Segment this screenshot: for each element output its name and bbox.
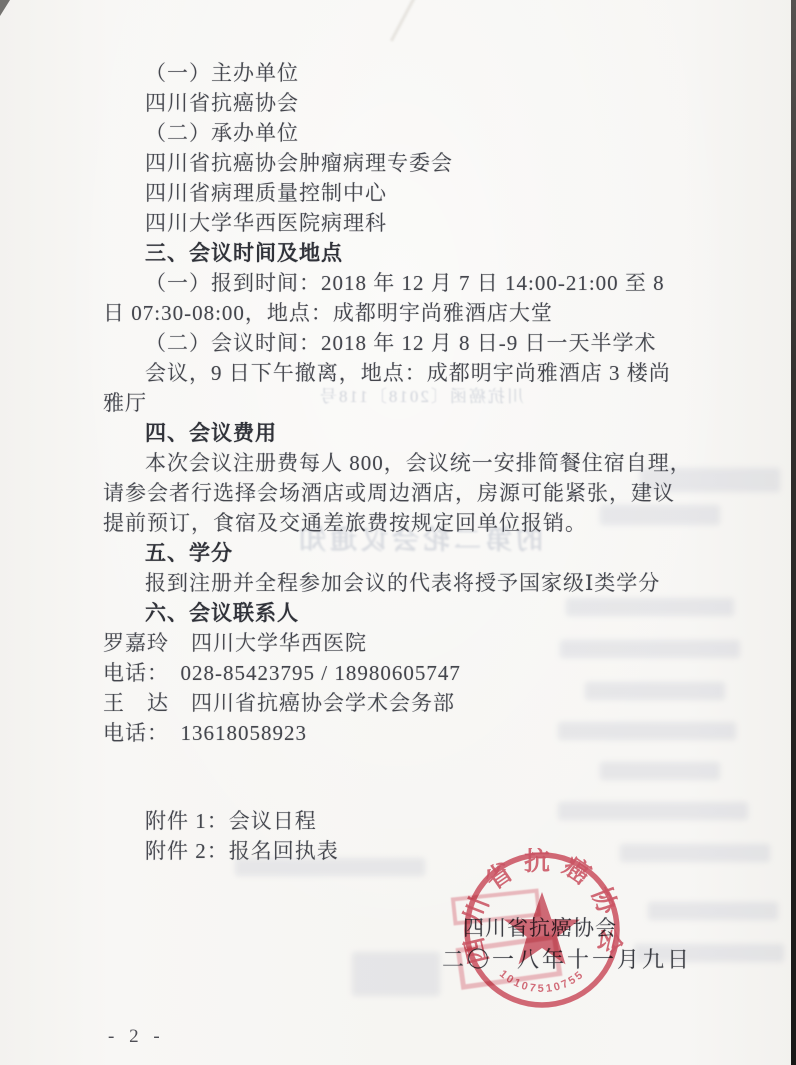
scan-corner-mark	[0, 0, 10, 16]
meeting-time-line-1: （二）会议时间：2018 年 12 月 8 日-9 日一天半学术	[103, 328, 723, 358]
official-seal: 四川省抗癌协会 5101075107551	[460, 848, 624, 1012]
registration-time-line-2: 日 07:30-08:00，地点：成都明宇尚雅酒店大堂	[103, 298, 723, 328]
organizer-name-3: 四川大学华西医院病理科	[103, 208, 723, 238]
registration-time-line-1: （一）报到时间：2018 年 12 月 7 日 14:00-21:00 至 8	[103, 268, 723, 298]
attachment-1: 附件 1：会议日程	[103, 806, 723, 836]
paper-crease	[390, 0, 417, 42]
bleed-smudge	[352, 952, 440, 996]
section-credit-heading: 五、学分	[103, 538, 723, 568]
organizer-name-1: 四川省抗癌协会肿瘤病理专委会	[103, 148, 723, 178]
meeting-time-line-3: 雅厅	[103, 388, 723, 418]
seal-star-icon	[504, 892, 580, 964]
attachment-2: 附件 2：报名回执表	[103, 836, 723, 866]
fee-line-1: 本次会议注册费每人 800，会议统一安排简餐住宿自理，	[103, 448, 723, 478]
host-unit-name: 四川省抗癌协会	[103, 88, 723, 118]
contact-1-phone: 电话： 028-85423795 / 18980605747	[103, 658, 723, 688]
notice-body: （一）主办单位 四川省抗癌协会 （二）承办单位 四川省抗癌协会肿瘤病理专委会 四…	[103, 58, 723, 866]
scanned-notice-page: 川抗癌函〔2018〕118号 的第二轮会议通知 （一）主办单位 四川省抗癌协会 …	[0, 0, 796, 1065]
bleed-smudge	[648, 902, 778, 920]
credit-line: 报到注册并全程参加会议的代表将授予国家级Ⅰ类学分	[103, 568, 723, 598]
scan-edge-strip	[791, 0, 796, 1065]
organizer-name-2: 四川省病理质量控制中心	[103, 178, 723, 208]
fee-line-2: 请参会者行选择会场酒店或周边酒店，房源可能紧张，建议	[103, 478, 723, 508]
organizer-heading: （二）承办单位	[103, 118, 723, 148]
host-unit-heading: （一）主办单位	[103, 58, 723, 88]
contact-2-name-org: 王 达 四川省抗癌协会学术会务部	[103, 688, 723, 718]
section-fee-heading: 四、会议费用	[103, 418, 723, 448]
contact-2-phone: 电话： 13618058923	[103, 718, 723, 748]
meeting-time-line-2: 会议，9 日下午撤离，地点：成都明宇尚雅酒店 3 楼尚	[103, 358, 723, 388]
section-contacts-heading: 六、会议联系人	[103, 598, 723, 628]
fee-line-3: 提前预订，食宿及交通差旅费按规定回单位报销。	[103, 508, 723, 538]
page-number: - 2 -	[108, 1026, 165, 1048]
section-time-location-heading: 三、会议时间及地点	[103, 238, 723, 268]
blank-gap	[103, 748, 723, 806]
contact-1-name-org: 罗嘉玲 四川大学华西医院	[103, 628, 723, 658]
